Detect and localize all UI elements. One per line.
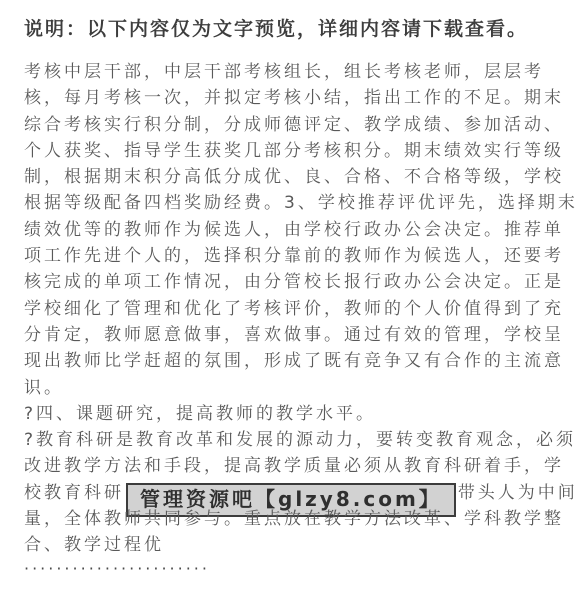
document-line: 项工作先进个人的，选择积分靠前的教师作为候选人，还要考 [24,243,570,269]
document-line: 个人获奖、指导学生获奖几部分考核积分。期末绩效实行等级 [24,138,570,164]
document-body: 考核中层干部，中层干部考核组长，组长考核老师，层层考 核，每月考核一次，并拟定考… [24,59,570,578]
document-line: 考核中层干部，中层干部考核组长，组长考核老师，层层考 [24,59,570,85]
preview-notice: 说明：以下内容仅为文字预览，详细内容请下载查看。 [24,16,570,42]
document-line: 绩效优等的教师作为候选人，由学校行政办公会决定。推荐单 [24,217,570,243]
document-line: 综合考核实行积分制，分成师德评定、教学成绩、参加活动、 [24,112,570,138]
document-line: 量，全体教师共同参与。重点放在教学方法改革、学科教学整 [24,506,570,532]
document-line: 改进教学方法和手段，提高教学质量必须从教育科研着手，学 [24,453,570,479]
truncation-ellipsis: ······················· [24,560,570,578]
document-line: 识。 [24,375,570,401]
document-line: ?教育科研是教育改革和发展的源动力，要转变教育观念，必须 [24,427,570,453]
document-line: 核完成的单项工作情况，由分管校长报行政办公会决定。正是 [24,269,570,295]
document-line: 根据等级配备四档奖励经费。3、学校推荐评优评先，选择期末 [24,190,570,216]
document-line: 合、教学过程优 [24,532,570,558]
document-line: ?四、课题研究，提高教师的教学水平。 [24,401,570,427]
document-line: 学校细化了管理和优化了考核评价，教师的个人价值得到了充 [24,296,570,322]
line-text-after-watermark: 带头人为中间力 [458,483,578,503]
document-line: 分肯定，教师愿意做事，喜欢做事。通过有效的管理，学校呈 [24,322,570,348]
document-line: 现出教师比学赶超的氛围，形成了既有竞争又有合作的主流意 [24,348,570,374]
document-line: 核，每月考核一次，并拟定考核小结，指出工作的不足。期末 [24,85,570,111]
line-text-before-watermark: 校教育科研 [24,483,124,503]
document-preview-page: 说明：以下内容仅为文字预览，详细内容请下载查看。 考核中层干部，中层干部考核组长… [0,0,578,600]
document-line: 制，根据期末积分高低分成优、良、合格、不合格等级，学校 [24,164,570,190]
document-line-with-watermark: 校教育科研管理资源吧【glzy8.com】带头人为中间力 [24,480,570,506]
